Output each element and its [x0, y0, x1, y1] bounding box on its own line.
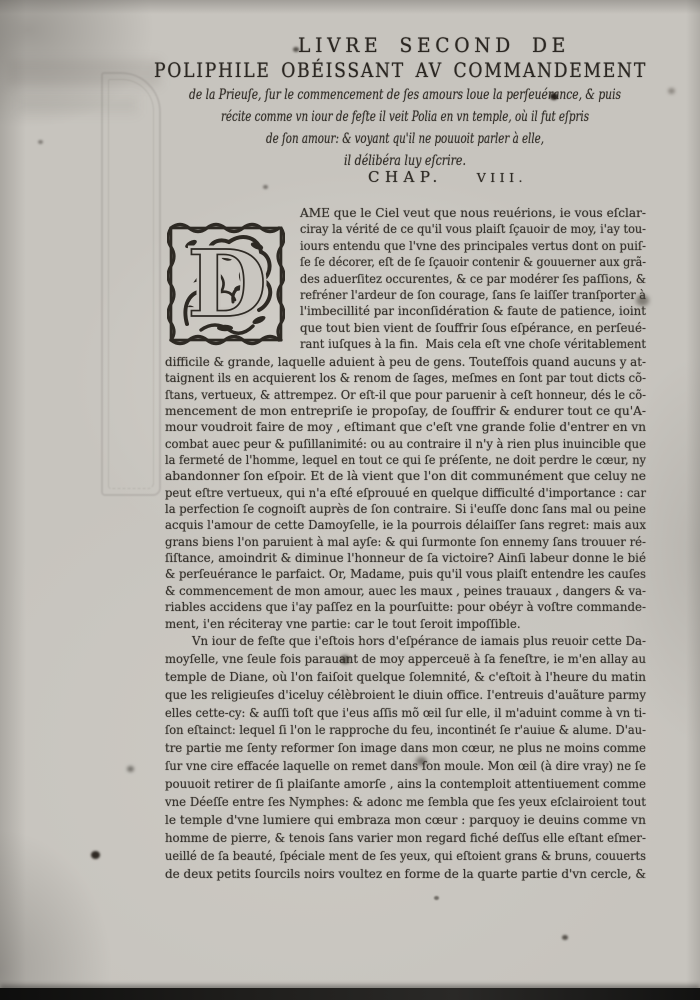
chapter-argument: de la Prieuſe, ſur le commencement de ſe…: [55, 84, 700, 172]
text-line: que tout bien vient de ſouffrir ſous eſp…: [300, 320, 646, 336]
text-line: le temple d'vne lumiere qui embraza mon …: [165, 812, 646, 830]
text-line: abandonner ſon eſpoir. Et de là vient qu…: [165, 468, 646, 484]
text-line: ſiſtance, amoindrit & diminue l'honneur …: [165, 550, 646, 566]
text-line: ſon eſtainct: lequel ſi l'on le rapproch…: [165, 722, 646, 740]
paragraph-1-indented-block: AME que le Ciel veut que nous reuérions,…: [300, 205, 646, 353]
text-line: ciray la vérité de ce qu'il vous plaiſt …: [300, 221, 646, 237]
chapter-number: VIII.: [477, 170, 527, 185]
text-line: des aduerſitez occurentes, & ce par modé…: [300, 271, 646, 287]
text-line: & perſeuérance le parfaict. Or, Madame, …: [165, 566, 646, 582]
text-line: ſtans, vertueux, & attrempez. Or eſt-il …: [165, 387, 646, 403]
paper-stain: [562, 935, 568, 940]
decorated-initial-D: D D: [167, 222, 285, 346]
text-line: ment, i'en réciteray vne partie: car le …: [165, 616, 646, 633]
text-line: ſur vne cire effacée laquelle on remet d…: [165, 758, 646, 776]
scan-edge-shadow: [0, 988, 700, 1000]
text-line: homme de pierre, & tenois ſans varier mo…: [165, 830, 646, 848]
paper-stain: [127, 766, 134, 772]
text-line: difficile & grande, laquelle aduient à p…: [165, 354, 646, 370]
text-line: iours entendu que l'vne des principales …: [300, 238, 646, 254]
text-line: grans biens l'on paruient à mal ayſe: & …: [165, 534, 646, 550]
text-line: la fermeté de l'homme, lequel en tout ce…: [165, 452, 646, 468]
text-line: la perfection ſe cognoiſt auprès de ſon …: [165, 501, 646, 517]
text-line: que les religieuſes d'iceluy célèbroient…: [165, 687, 646, 705]
text-line: combat auec peur & puſillanimité: ou au …: [165, 436, 646, 452]
text-line: taignent ils en acquierent los & renom d…: [165, 370, 646, 386]
paper-stain: [434, 896, 439, 900]
text-line: vne Déeſſe entre ſes Nymphes: & adonc me…: [165, 794, 646, 812]
scanned-book-page: { "page": { "colors": { "paper": "#c9c6c…: [0, 0, 700, 1000]
text-line: ueillé de ſa beauté, ſpéciale ment de ſe…: [165, 848, 646, 866]
chapter-heading: CHAP. VIII.: [368, 168, 588, 186]
paper-stain: [91, 851, 100, 859]
text-line: rant iuſques à la fin. Mais cela eſt vne…: [300, 336, 646, 352]
text-line: AME que le Ciel veut que nous reuérions,…: [300, 205, 646, 221]
book-title-line1: LIVRE SECOND DE: [298, 33, 570, 57]
paragraph-2-block: Vn iour de feſte que i'eſtois hors d'eſp…: [165, 633, 646, 883]
text-line: elles cette-cy: & auſſi toſt que i'eus a…: [165, 705, 646, 723]
text-line: moyſelle, vne ſeule fois parauant de moy…: [165, 651, 646, 669]
text-line: acquis l'amour de cette Damoyſelle, ie l…: [165, 517, 646, 533]
paper-stain: [263, 185, 268, 189]
text-line: mour voudroit faire de moy , eſtimant qu…: [165, 419, 646, 435]
text-line: récite comme vn iour de feſte il veit Po…: [221, 106, 589, 128]
book-title-line2: POLIPHILE OBÉISSANT AV COMMANDEMENT: [154, 58, 647, 82]
text-line: peut eſtre vertueux, qui n'a eſté eſprou…: [165, 485, 646, 501]
paper-stain: [38, 140, 43, 144]
text-line: l'imbecillité par inconſidération & faut…: [300, 303, 646, 319]
text-line: refréner l'ardeur de ſon courage, ſans ſ…: [300, 287, 646, 303]
text-line: tre partie me ſenty reformer ſon image d…: [165, 740, 646, 758]
text-line: de ſon amour: & voyant qu'il ne pouuoit …: [266, 128, 544, 150]
text-line: riables accidens que i'ay paſſez en la p…: [165, 599, 646, 615]
paragraph-1-full-block: difficile & grande, laquelle aduient à p…: [165, 354, 646, 616]
text-line: de la Prieuſe, ſur le commencement de ſe…: [189, 84, 621, 106]
text-line: pouuoit retirer de ſi plaiſante amorſe ,…: [165, 776, 646, 794]
text-line: & commencement de mon amour, auec les ma…: [165, 583, 646, 599]
text-line: ſe ſe décorer, eſt de ſe ſçauoir conteni…: [300, 254, 646, 270]
text-line: de deux petits ſourcils noirs voultez en…: [165, 866, 646, 884]
text-line: temple de Diane, où l'on faiſoit quelque…: [165, 669, 646, 687]
dropcap-glyph-outline: D: [187, 230, 267, 338]
chapter-label: CHAP.: [368, 168, 443, 186]
text-line: Vn iour de feſte que i'eſtois hors d'eſp…: [165, 633, 646, 651]
text-line: mencement de mon entrepriſe ie propoſay,…: [165, 403, 646, 419]
